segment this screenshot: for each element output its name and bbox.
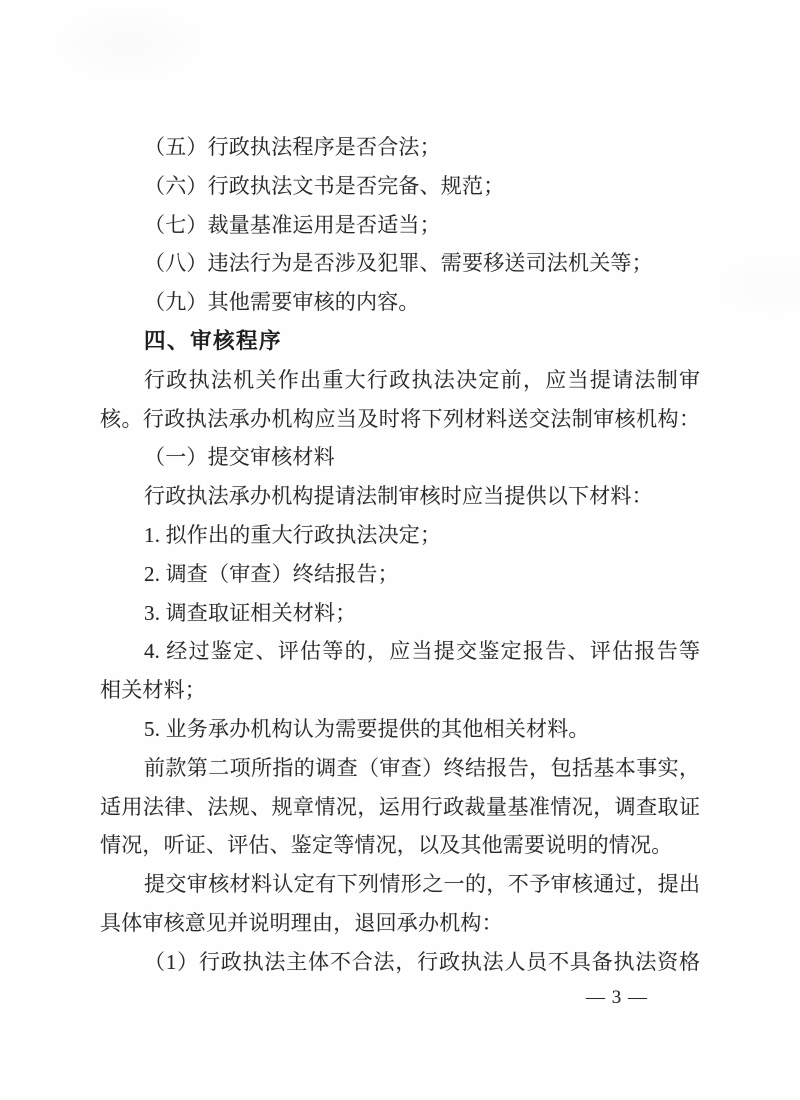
text-line-8: 核。行政执法承办机构应当及时将下列材料送交法制审核机构：	[100, 400, 700, 439]
text-line-6: 四、审核程序	[100, 322, 700, 361]
text-line-4: （八）违法行为是否涉及犯罪、需要移送司法机关等；	[100, 244, 700, 283]
text-line-14: 4. 经过鉴定、评估等的，应当提交鉴定报告、评估报告等	[100, 632, 700, 671]
text-line-22: （1）行政执法主体不合法，行政执法人员不具备执法资格	[100, 943, 700, 982]
text-line-7: 行政执法机关作出重大行政执法决定前，应当提请法制审	[100, 361, 700, 400]
text-line-9: （一）提交审核材料	[100, 438, 700, 477]
text-line-20: 提交审核材料认定有下列情形之一的，不予审核通过，提出	[100, 865, 700, 904]
text-line-21: 具体审核意见并说明理由，退回承办机构：	[100, 904, 700, 943]
text-line-10: 行政执法承办机构提请法制审核时应当提供以下材料：	[100, 477, 700, 516]
text-line-17: 前款第二项所指的调查（审查）终结报告，包括基本事实，	[100, 749, 700, 788]
scanned-document-page: （五）行政执法程序是否合法；（六）行政执法文书是否完备、规范；（七）裁量基准运用…	[0, 0, 800, 1100]
text-line-3: （七）裁量基准运用是否适当；	[100, 206, 700, 245]
text-line-5: （九）其他需要审核的内容。	[100, 283, 700, 322]
page-number: — 3 —	[586, 984, 696, 1012]
text-line-18: 适用法律、法规、规章情况，运用行政裁量基准情况，调查取证	[100, 788, 700, 827]
text-line-2: （六）行政执法文书是否完备、规范；	[100, 167, 700, 206]
text-line-19: 情况，听证、评估、鉴定等情况，以及其他需要说明的情况。	[100, 826, 700, 865]
text-line-15: 相关材料；	[100, 671, 700, 710]
text-line-1: （五）行政执法程序是否合法；	[100, 128, 700, 167]
text-line-11: 1. 拟作出的重大行政执法决定；	[100, 516, 700, 555]
document-body: （五）行政执法程序是否合法；（六）行政执法文书是否完备、规范；（七）裁量基准运用…	[100, 128, 700, 982]
text-line-12: 2. 调查（审查）终结报告；	[100, 555, 700, 594]
text-line-13: 3. 调查取证相关材料；	[100, 594, 700, 633]
text-line-16: 5. 业务承办机构认为需要提供的其他相关材料。	[100, 710, 700, 749]
